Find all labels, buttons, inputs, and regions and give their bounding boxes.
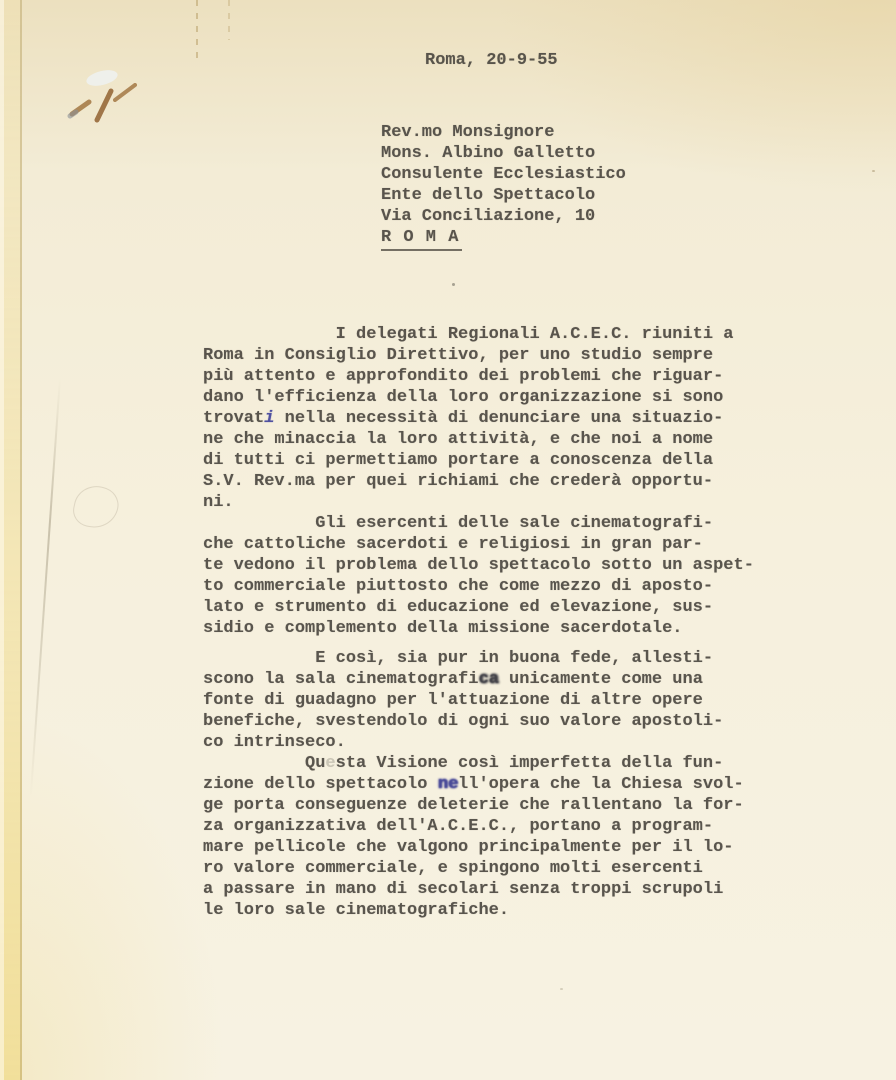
letter-line: ne che minaccia la loro attività, e che …: [203, 429, 754, 450]
text-segment: Qu: [203, 754, 325, 773]
letter-line: co intrinseco.: [203, 732, 754, 753]
text-segment: nella necessità di denunciare una situaz…: [274, 409, 723, 428]
dateline: Roma, 20-9-55: [425, 50, 558, 71]
letter-line: ni.: [203, 492, 754, 513]
letter-line: ge porta conseguenze deleterie che ralle…: [203, 795, 754, 816]
recipient-block: Rev.mo MonsignoreMons. Albino GallettoCo…: [381, 122, 626, 251]
paragraph: E così, sia pur in buona fede, allesti-s…: [203, 648, 754, 753]
letter-line: mare pellicole che valgono principalment…: [203, 837, 754, 858]
letter-line: trovati nella necessità di denunciare un…: [203, 408, 754, 429]
text-segment: zione dello spettacolo: [203, 775, 438, 794]
letter-line: ro valore commerciale, e spingono molti …: [203, 858, 754, 879]
letter-line: sidio e complemento della missione sacer…: [203, 618, 754, 639]
faint-correction: e: [325, 754, 335, 773]
letter-line: S.V. Rev.ma per quei richiami che creder…: [203, 471, 754, 492]
letter-body: I delegati Regionali A.C.E.C. riuniti aR…: [203, 324, 754, 921]
paper-speck: [872, 170, 875, 172]
letter-line: za organizzativa dell'A.C.E.C., portano …: [203, 816, 754, 837]
paragraph: Gli esercenti delle sale cinematografi-c…: [203, 513, 754, 639]
letter-line: fonte di guadagno per l'attuazione di al…: [203, 690, 754, 711]
letter-line: Roma in Consiglio Direttivo, per uno stu…: [203, 345, 754, 366]
text-segment: scono la sala cinematografi: [203, 670, 478, 689]
fold-crease: [228, 0, 230, 40]
letter-line: lato e strumento di educazione ed elevaz…: [203, 597, 754, 618]
paper-edge-highlight: [0, 0, 4, 1080]
pencil-mark-annotation: [58, 58, 150, 135]
text-segment: trovat: [203, 409, 264, 428]
letter-line: Questa Visione così imperfetta della fun…: [203, 753, 754, 774]
letter-line: che cattoliche sacerdoti e religiosi in …: [203, 534, 754, 555]
letter-line: to commerciale piuttosto che come mezzo …: [203, 576, 754, 597]
paper-crease-line: [30, 378, 61, 797]
pencil-strokes-icon: [58, 58, 150, 130]
letter-line: Gli esercenti delle sale cinematografi-: [203, 513, 754, 534]
paper-speck: [452, 283, 455, 286]
paragraph: Questa Visione così imperfetta della fun…: [203, 753, 754, 921]
recipient-line: Mons. Albino Galletto: [381, 143, 626, 164]
letter-line: più attento e approfondito dei problemi …: [203, 366, 754, 387]
letter-line: dano l'efficienza della loro organizzazi…: [203, 387, 754, 408]
text-segment: sta Visione così imperfetta della fun-: [336, 754, 724, 773]
smudge-correction: ca: [478, 670, 498, 689]
ink-correction: i: [264, 409, 274, 428]
recipient-city: R O M A: [381, 227, 462, 251]
letter-line: te vedono il problema dello spettacolo s…: [203, 555, 754, 576]
letter-line: le loro sale cinematografiche.: [203, 900, 754, 921]
letter-line: benefiche, svestendolo di ogni suo valor…: [203, 711, 754, 732]
recipient-line: Ente dello Spettacolo: [381, 185, 626, 206]
faint-pencil-scribble: [70, 482, 122, 532]
recipient-line: Via Conciliazione, 10: [381, 206, 626, 227]
recipient-line: Consulente Ecclesiastico: [381, 164, 626, 185]
letter-scan: Roma, 20-9-55 Rev.mo MonsignoreMons. Alb…: [0, 0, 896, 1080]
text-segment: ll'opera che la Chiesa svol-: [458, 775, 744, 794]
ink-blot-correction: ne: [438, 775, 458, 794]
text-segment: unicamente come una: [499, 670, 703, 689]
paper-speck: [560, 988, 563, 990]
letter-line: I delegati Regionali A.C.E.C. riuniti a: [203, 324, 754, 345]
paragraph: I delegati Regionali A.C.E.C. riuniti aR…: [203, 324, 754, 513]
letter-line: di tutti ci permettiamo portare a conosc…: [203, 450, 754, 471]
letter-line: a passare in mano di secolari senza trop…: [203, 879, 754, 900]
recipient-line: Rev.mo Monsignore: [381, 122, 626, 143]
fold-crease: [196, 0, 198, 60]
letter-line: E così, sia pur in buona fede, allesti-: [203, 648, 754, 669]
recipient-city-line: R O M A: [381, 227, 626, 251]
letter-line: zione dello spettacolo nell'opera che la…: [203, 774, 754, 795]
letter-line: scono la sala cinematografica unicamente…: [203, 669, 754, 690]
